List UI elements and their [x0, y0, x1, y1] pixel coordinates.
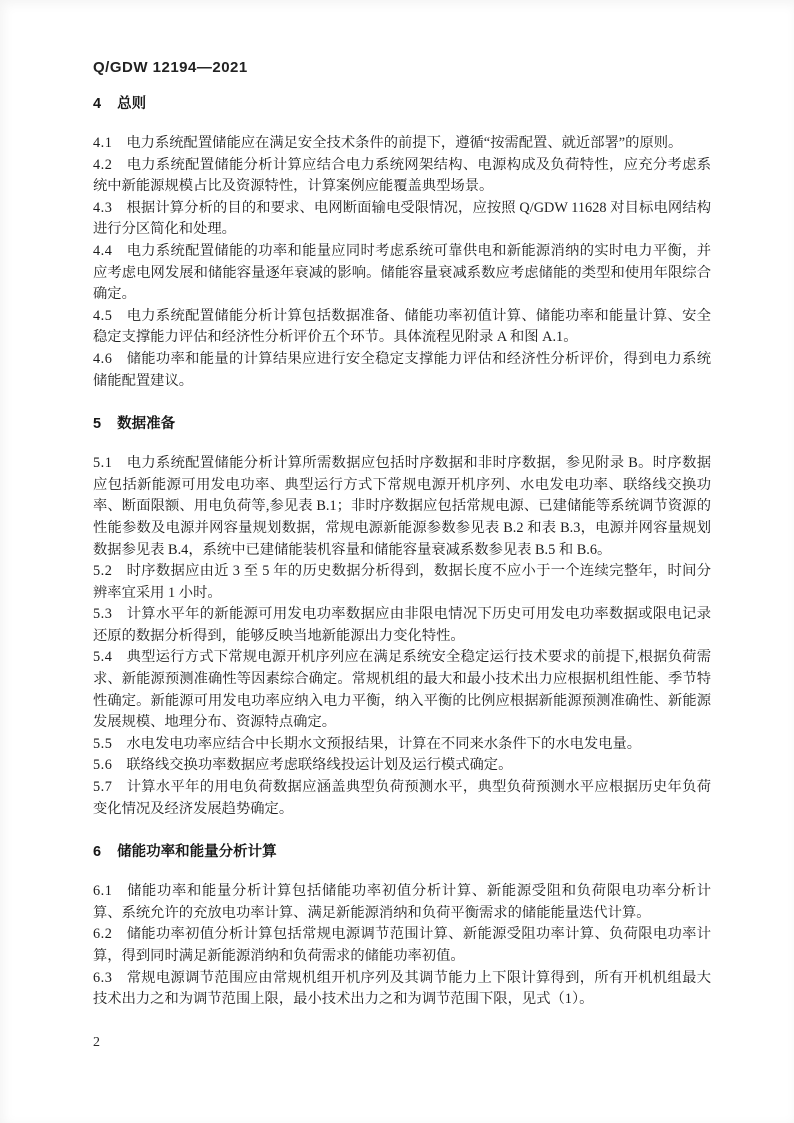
clause-number: 5.6	[93, 755, 112, 777]
clause-5-3: 5.3计算水平年的新能源可用发电功率数据应由非限电情况下历史可用发电功率数据或限…	[93, 604, 711, 647]
clause-number: 4.3	[93, 198, 112, 220]
clause-text: 电力系统配置储能的功率和能量应同时考虑系统可靠供电和新能源消纳的实时电力平衡，并…	[93, 243, 711, 302]
clause-number: 5.5	[93, 734, 112, 756]
page-number: 2	[93, 1035, 100, 1051]
section-title: 储能功率和能量分析计算	[117, 844, 277, 860]
clause-text: 水电发电功率应结合中长期水文预报结果，计算在不同来水条件下的水电发电量。	[126, 736, 641, 752]
clause-text: 电力系统配置储能分析计算应结合电力系统网架结构、电源构成及负荷特性，应充分考虑系…	[93, 157, 711, 195]
clause-5-5: 5.5水电发电功率应结合中长期水文预报结果，计算在不同来水条件下的水电发电量。	[93, 734, 711, 756]
clause-text: 电力系统配置储能分析计算所需数据应包括时序数据和非时序数据，参见附录 B。时序数…	[93, 455, 711, 557]
clause-text: 时序数据应由近 3 至 5 年的历史数据分析得到，数据长度不应小于一个连续完整年…	[93, 563, 711, 601]
clause-number: 4.2	[93, 155, 112, 177]
clause-4-3: 4.3根据计算分析的目的和要求、电网断面输电受限情况，应按照 Q/GDW 116…	[93, 198, 711, 241]
clause-text: 典型运行方式下常规电源开机序列应在满足系统安全稳定运行技术要求的前提下,根据负荷…	[93, 649, 711, 730]
clause-text: 联络线交换功率数据应考虑联络线投运计划及运行模式确定。	[126, 757, 512, 773]
clause-6-2: 6.2储能功率初值分析计算包括常规电源调节范围计算、新能源受阻功率计算、负荷限电…	[93, 924, 711, 967]
clause-text: 电力系统配置储能应在满足安全技术条件的前提下，遵循“按需配置、就近部署”的原则。	[126, 135, 682, 151]
clause-4-5: 4.5电力系统配置储能分析计算包括数据准备、储能功率初值计算、储能功率和能量计算…	[93, 306, 711, 349]
clause-text: 计算水平年的用电负荷数据应涵盖典型负荷预测水平，典型负荷预测水平应根据历史年负荷…	[93, 779, 711, 817]
section-number: 4	[93, 96, 101, 113]
clause-text: 储能功率和能量的计算结果应进行安全稳定支撑能力评估和经济性分析评价，得到电力系统…	[93, 351, 711, 389]
clause-4-2: 4.2电力系统配置储能分析计算应结合电力系统网架结构、电源构成及负荷特性，应充分…	[93, 155, 711, 198]
clause-number: 5.3	[93, 604, 112, 626]
clause-4-6: 4.6储能功率和能量的计算结果应进行安全稳定支撑能力评估和经济性分析评价，得到电…	[93, 349, 711, 392]
section-heading-4: 4总则	[93, 96, 711, 113]
clause-text: 常规电源调节范围应由常规机组开机序列及其调节能力上下限计算得到，所有开机机组最大…	[93, 970, 711, 1008]
clause-5-1: 5.1电力系统配置储能分析计算所需数据应包括时序数据和非时序数据，参见附录 B。…	[93, 453, 711, 561]
clause-number: 4.4	[93, 241, 112, 263]
clause-number: 4.6	[93, 349, 112, 371]
section-number: 5	[93, 416, 101, 433]
document-content: Q/GDW 12194—2021 4总则 4.1电力系统配置储能应在满足安全技术…	[93, 60, 711, 1011]
clause-number: 4.1	[93, 133, 112, 155]
clause-5-6: 5.6联络线交换功率数据应考虑联络线投运计划及运行模式确定。	[93, 755, 711, 777]
clause-number: 4.5	[93, 306, 112, 328]
clause-text: 电力系统配置储能分析计算包括数据准备、储能功率初值计算、储能功率和能量计算、安全…	[93, 308, 711, 346]
clause-number: 5.2	[93, 561, 112, 583]
clause-text: 根据计算分析的目的和要求、电网断面输电受限情况，应按照 Q/GDW 11628 …	[93, 200, 711, 238]
section-heading-6: 6储能功率和能量分析计算	[93, 844, 711, 861]
clause-number: 5.1	[93, 453, 112, 475]
clause-4-4: 4.4电力系统配置储能的功率和能量应同时考虑系统可靠供电和新能源消纳的实时电力平…	[93, 241, 711, 306]
clause-number: 6.3	[93, 968, 112, 990]
section-heading-5: 5数据准备	[93, 416, 711, 433]
standard-code-header: Q/GDW 12194—2021	[93, 60, 711, 76]
clause-text: 储能功率初值分析计算包括常规电源调节范围计算、新能源受阻功率计算、负荷限电功率计…	[93, 926, 711, 964]
document-page: Q/GDW 12194—2021 4总则 4.1电力系统配置储能应在满足安全技术…	[0, 0, 794, 1123]
clause-5-7: 5.7计算水平年的用电负荷数据应涵盖典型负荷预测水平，典型负荷预测水平应根据历史…	[93, 777, 711, 820]
clause-text: 储能功率和能量分析计算包括储能功率初值分析计算、新能源受阻和负荷限电功率分析计算…	[93, 883, 711, 921]
clause-number: 5.4	[93, 647, 112, 669]
clause-number: 5.7	[93, 777, 112, 799]
clause-5-4: 5.4典型运行方式下常规电源开机序列应在满足系统安全稳定运行技术要求的前提下,根…	[93, 647, 711, 733]
section-title: 数据准备	[117, 416, 175, 432]
section-title: 总则	[117, 96, 146, 112]
section-number: 6	[93, 844, 101, 861]
clause-4-1: 4.1电力系统配置储能应在满足安全技术条件的前提下，遵循“按需配置、就近部署”的…	[93, 133, 711, 155]
clause-number: 6.1	[93, 881, 112, 903]
clause-6-3: 6.3常规电源调节范围应由常规机组开机序列及其调节能力上下限计算得到，所有开机机…	[93, 968, 711, 1011]
clause-number: 6.2	[93, 924, 112, 946]
clause-5-2: 5.2时序数据应由近 3 至 5 年的历史数据分析得到，数据长度不应小于一个连续…	[93, 561, 711, 604]
clause-text: 计算水平年的新能源可用发电功率数据应由非限电情况下历史可用发电功率数据或限电记录…	[93, 606, 711, 644]
clause-6-1: 6.1储能功率和能量分析计算包括储能功率初值分析计算、新能源受阻和负荷限电功率分…	[93, 881, 711, 924]
